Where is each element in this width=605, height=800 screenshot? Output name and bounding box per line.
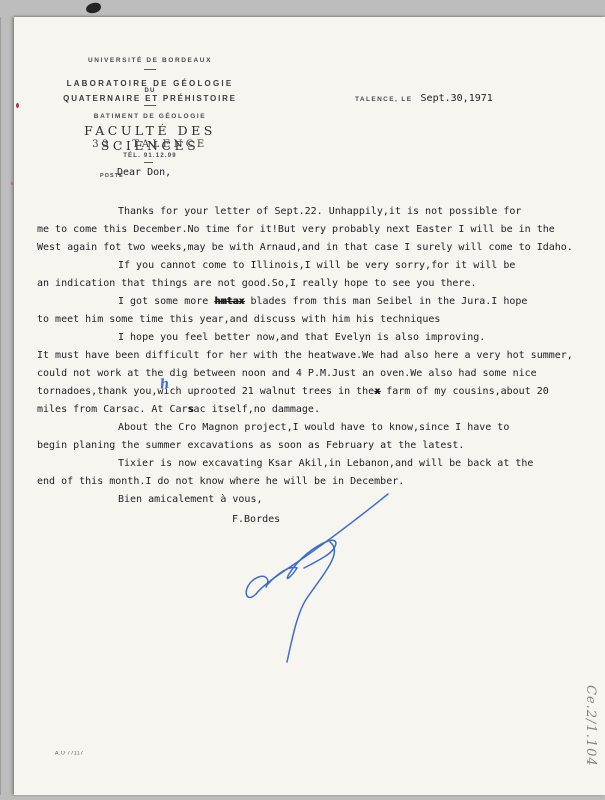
letterhead-quaternaire: QUATERNAIRE ET PRÉHISTOIRE	[40, 94, 260, 103]
body-line: begin planing the summer excavations as …	[37, 439, 582, 457]
body-text: If you cannot come to Illinois,I will be…	[118, 260, 515, 271]
letterhead-building: BATIMENT DE GÉOLOGIE	[40, 113, 260, 120]
body-text: miles from Carsac. At Car	[37, 404, 188, 415]
body-text: I hope you feel better now,and that Evel…	[118, 332, 485, 343]
body-text: I got some more	[118, 296, 214, 307]
body-line: If you cannot come to Illinois,I will be…	[37, 259, 582, 277]
dateline-place-label: TALENCE, LE	[355, 96, 413, 103]
letterhead-city: 33 - TALENCE	[40, 139, 260, 150]
page-edge-shadow	[0, 17, 1, 795]
body-line: I hope you feel better now,and that Evel…	[37, 331, 582, 349]
body-line: About the Cro Magnon project,I would hav…	[37, 421, 582, 439]
body-text: Thanks for your letter of Sept.22. Unhap…	[118, 206, 521, 217]
struck-out-word: hmtax	[214, 296, 244, 307]
ink-blob-artifact	[85, 2, 101, 14]
body-line: Tixier is now excavating Ksar Akil,in Le…	[37, 457, 582, 475]
red-speck-artifact	[16, 103, 19, 108]
body-text: About the Cro Magnon project,I would hav…	[118, 422, 509, 433]
letter-page: UNIVERSITÉ DE BORDEAUX LABORATOIRE DE GÉ…	[14, 17, 605, 795]
dateline-date: Sept.30,1971	[421, 93, 493, 104]
letterhead-divider	[144, 105, 156, 106]
letterhead-divider	[144, 69, 156, 70]
letterhead-phone: TÉL. 91.12.99	[40, 153, 260, 159]
body-text: me to come this December.No time for it!…	[37, 224, 555, 235]
salutation: Dear Don,	[117, 167, 171, 178]
red-speck-artifact	[11, 182, 13, 185]
body-line: miles from Carsac. At Carsac itself,no d…	[37, 403, 582, 421]
body-line: Thanks for your letter of Sept.22. Unhap…	[37, 205, 582, 223]
body-line: to meet him some time this year,and disc…	[37, 313, 582, 331]
letterhead-divider	[144, 162, 153, 163]
letterhead-laboratory: LABORATOIRE DE GÉOLOGIE	[40, 79, 260, 88]
body-line: West again fot two weeks,may be with Arn…	[37, 241, 582, 259]
archival-note: Ce.2/1.104	[583, 685, 598, 767]
letter-body: Thanks for your letter of Sept.22. Unhap…	[37, 205, 582, 511]
body-text: ac itself,no dammage.	[194, 404, 320, 415]
body-text: tornadoes,thank you,	[37, 386, 157, 397]
body-text: farm of my cousins,about 20	[380, 386, 549, 397]
body-text: an indication that things are not good.S…	[37, 278, 477, 289]
body-text: It must have been difficult for her with…	[37, 350, 573, 361]
dateline: TALENCE, LESept.30,1971	[355, 86, 493, 105]
letterhead-university: UNIVERSITÉ DE BORDEAUX	[40, 57, 260, 64]
body-line: could not work at the dig between noon a…	[37, 367, 582, 385]
body-text: could not work at the dig between noon a…	[37, 368, 537, 379]
body-text: begin planing the summer excavations as …	[37, 440, 464, 451]
body-text: West again fot two weeks,may be with Arn…	[37, 242, 573, 253]
printers-code: A.O 77117	[55, 751, 84, 756]
body-text: uprooted 21 walnut trees in the	[182, 386, 375, 397]
body-text: blades from this man Seibel in the Jura.…	[244, 296, 527, 307]
corrected-word: wichh	[157, 385, 181, 398]
body-text: Tixier is now excavating Ksar Akil,in Le…	[118, 458, 533, 469]
body-text: to meet him some time this year,and disc…	[37, 314, 440, 325]
handwritten-insertion: h	[160, 378, 171, 392]
handwritten-signature	[239, 482, 409, 687]
body-line: It must have been difficult for her with…	[37, 349, 582, 367]
scanned-letter-screenshot: { "letterhead": { "university": "UNIVERS…	[0, 0, 605, 800]
body-line: me to come this December.No time for it!…	[37, 223, 582, 241]
body-line: tornadoes,thank you,wichh uprooted 21 wa…	[37, 385, 582, 403]
body-line: an indication that things are not good.S…	[37, 277, 582, 295]
body-line: I got some more hmtax blades from this m…	[37, 295, 582, 313]
